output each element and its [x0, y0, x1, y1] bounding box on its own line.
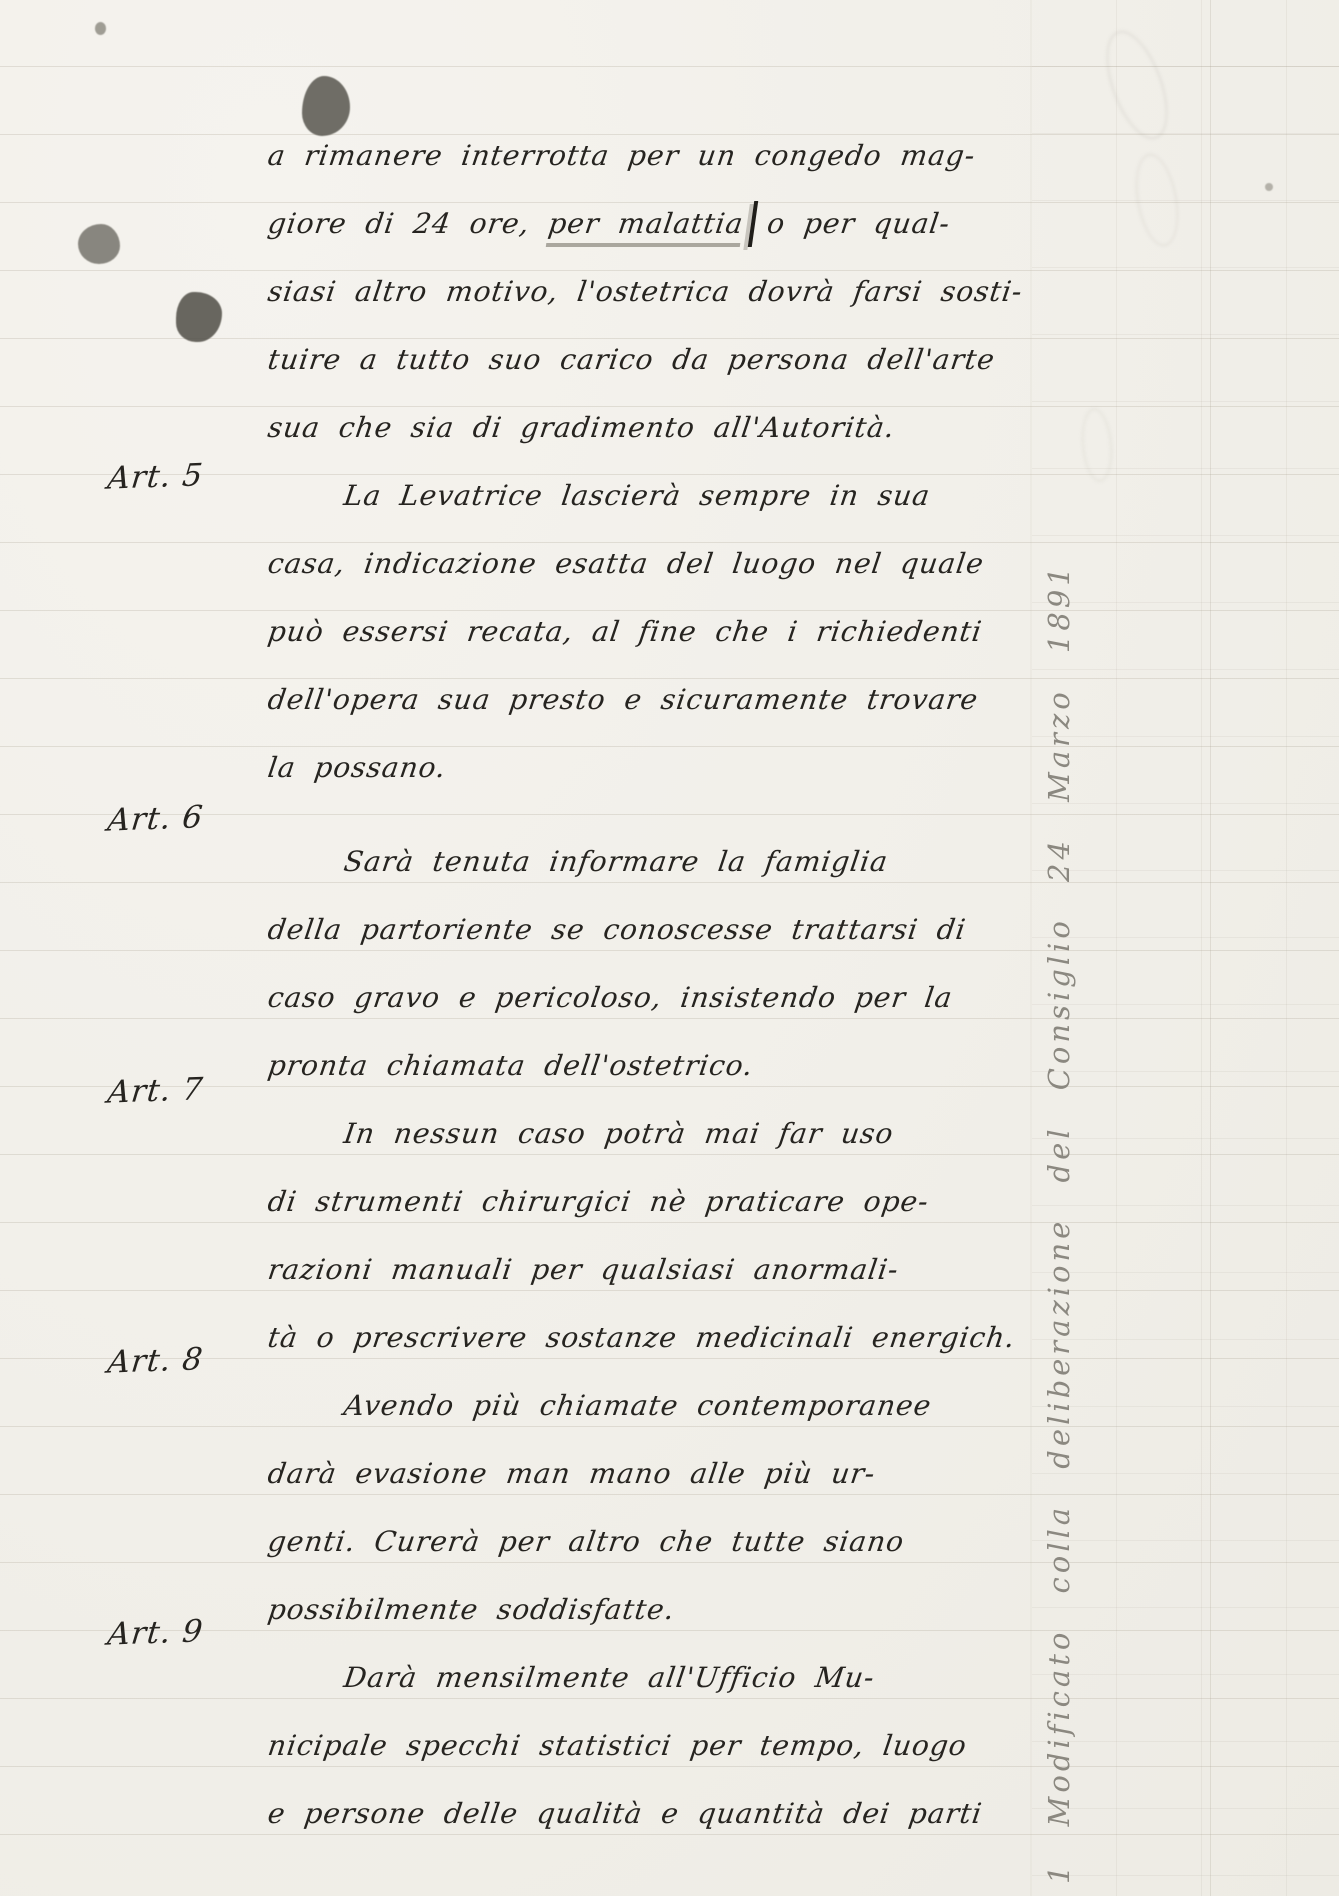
text-line: pronta chiamata dell'ostetrico.: [263, 1032, 1017, 1100]
text-line: sua che sia di gradimento all'Autorità.: [263, 394, 1017, 462]
text-line: genti. Curerà per altro che tutte siano: [263, 1508, 1017, 1576]
text-line: e persone delle qualità e quantità dei p…: [263, 1780, 1017, 1848]
article-label-7: Art. 7: [106, 1069, 260, 1110]
article-label-9: Art. 9: [106, 1611, 260, 1652]
ink-blot: [95, 22, 106, 35]
text-line: Avendo più chiamate contemporanee: [263, 1372, 1017, 1440]
text-line: Darà mensilmente all'Ufficio Mu-: [263, 1644, 1017, 1712]
article-label-6: Art. 6: [106, 797, 260, 838]
underlined-phrase: per malattia: [545, 207, 745, 247]
text-segment: o per qual-: [765, 207, 952, 240]
ink-blot: [176, 292, 222, 342]
text-line: casa, indicazione esatta del luogo nel q…: [263, 530, 1017, 598]
text-line: giore di 24 ore, per malattiao per qual-: [263, 190, 1017, 258]
text-line: La Levatrice lascierà sempre in sua: [263, 462, 1017, 530]
manuscript-text: a rimanere interrotta per un congedo mag…: [268, 122, 1012, 1848]
paper-crease: [1210, 0, 1211, 1896]
ink-blot: [1265, 183, 1273, 191]
text-line: razioni manuali per qualsiasi anormali-: [263, 1236, 1017, 1304]
text-segment: giore di 24 ore,: [266, 207, 551, 240]
text-line: possibilmente soddisfatte.: [263, 1576, 1017, 1644]
text-line: siasi altro motivo, l'ostetrica dovrà fa…: [263, 258, 1017, 326]
text-line: In nessun caso potrà mai far uso: [263, 1100, 1017, 1168]
text-line: la possano.: [263, 734, 1017, 802]
ink-blot: [78, 224, 120, 264]
text-line: tà o prescrivere sostanze medicinali ene…: [263, 1304, 1017, 1372]
text-line: può essersi recata, al fine che i richie…: [263, 598, 1017, 666]
text-line: Sarà tenuta informare la famiglia: [263, 828, 1017, 896]
text-line: di strumenti chirurgici nè praticare ope…: [263, 1168, 1017, 1236]
text-line: tuire a tutto suo carico da persona dell…: [263, 326, 1017, 394]
article-label-8: Art. 8: [106, 1339, 260, 1380]
margin-note-pencil: 1 Modificato colla deliberazione del Con…: [1042, 314, 1088, 1884]
text-line: caso gravo e pericoloso, insistendo per …: [263, 964, 1017, 1032]
insertion-mark: [748, 201, 758, 247]
text-line: della partoriente se conoscesse trattars…: [263, 896, 1017, 964]
text-line: darà evasione man mano alle più ur-: [263, 1440, 1017, 1508]
article-label-5: Art. 5: [106, 455, 260, 496]
manuscript-page: Art. 5 Art. 6 Art. 7 Art. 8 Art. 9 a rim…: [0, 0, 1339, 1896]
text-line: a rimanere interrotta per un congedo mag…: [263, 122, 1017, 190]
text-line: dell'opera sua presto e sicuramente trov…: [263, 666, 1017, 734]
text-line: nicipale specchi statistici per tempo, l…: [263, 1712, 1017, 1780]
